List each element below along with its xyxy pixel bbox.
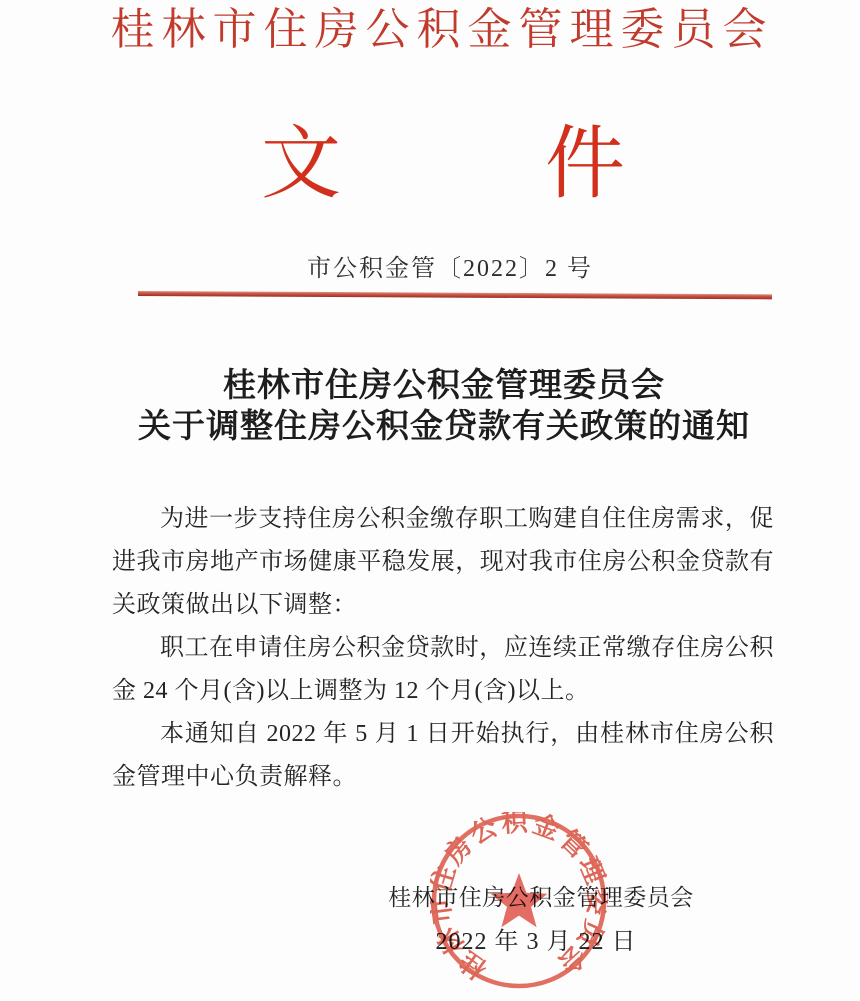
letterhead-organization: 桂林市住房公积金管理委员会 [12, 6, 860, 54]
body-paragraph: 为进一步支持住房公积金缴存职工购建自住住房需求，促进我市房地产市场健康平稳发展，… [112, 498, 774, 627]
letterhead-document-word-wrap: 文件 [0, 122, 860, 208]
letterhead-divider-rule [138, 291, 772, 299]
signature-date: 2022 年 3 月 22 日 [436, 928, 637, 956]
body-paragraph: 职工在申请住房公积金贷款时，应连续正常缴存住房公积金 24 个月(含)以上调整为… [112, 627, 774, 713]
document-number: 市公积金管〔2022〕2 号 [20, 254, 860, 284]
body-paragraph: 本通知自 2022 年 5 月 1 日开始执行，由桂林市住房公积金管理中心负责解… [112, 713, 774, 799]
document-title-line2: 关于调整住房公积金贷款有关政策的通知 [14, 407, 860, 448]
document-title: 桂林市住房公积金管理委员会 关于调整住房公积金贷款有关政策的通知 [14, 366, 860, 448]
document-body: 为进一步支持住房公积金缴存职工购建自住住房需求，促进我市房地产市场健康平稳发展，… [112, 498, 774, 799]
signature-organization: 桂林市住房公积金管理委员会 [388, 884, 694, 912]
document-title-line1: 桂林市住房公积金管理委员会 [14, 366, 860, 407]
letterhead-document-word: 文件 [261, 121, 829, 209]
document-page: 桂林市住房公积金管理委员会 文件 市公积金管〔2022〕2 号 桂林市住房公积金… [0, 0, 860, 1001]
